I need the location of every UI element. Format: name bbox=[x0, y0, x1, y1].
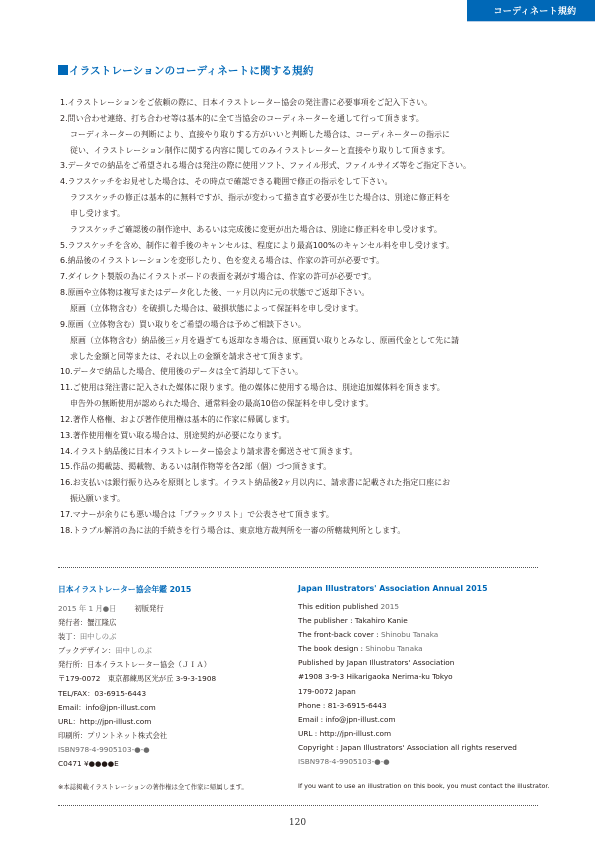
price-code-line: C0471 ¥●●●●E bbox=[58, 757, 278, 771]
colophon-jp-title: 日本イラストレーター協会年鑑 2015 bbox=[58, 584, 278, 595]
page-number: 120 bbox=[0, 818, 595, 828]
rule-continuation: 申し受けます。 bbox=[60, 206, 540, 222]
address-line1-en: #1908 3-9-3 Hikarigaoka Nerima-ku Tokyo bbox=[298, 670, 538, 684]
isbn-line: ISBN978-4-9905103-●-● bbox=[58, 743, 278, 757]
square-bullet-icon bbox=[58, 65, 68, 75]
rule-continuation: ラフスケッチご確認後の制作途中、あるいは完成後に変更が出た場合は、別途に修正料を… bbox=[60, 222, 540, 238]
rule-item: 9.原画（立体物含む）買い取りをご希望の場合は予めご相談下さい。 bbox=[60, 317, 540, 333]
rule-item: 14.イラスト納品後に日本イラストレーター協会より請求書を郵送させて頂きます。 bbox=[60, 444, 540, 460]
dotted-divider-top bbox=[58, 567, 538, 568]
url-line: URL：http://jpn-illust.com bbox=[58, 715, 278, 729]
header-tab-label: コーディネート規約 bbox=[494, 4, 577, 17]
rule-continuation: コーディネーターの判断により、直接やり取りする方がいいと判断した場合は、コーディ… bbox=[60, 127, 540, 143]
url-line-en: URL : http://jpn-illust.com bbox=[298, 727, 538, 741]
cover-line-en: The front-back cover : Shinobu Tanaka bbox=[298, 628, 538, 642]
address-line: 〒179-0072 東京都練馬区光が丘 3-9-3-1908 bbox=[58, 672, 278, 686]
rule-item: 16.お支払いは銀行振り込みを原則とします。イラスト納品後2ヶ月以内に、請求書に… bbox=[60, 475, 540, 491]
header-section-tab: コーディネート規約 bbox=[467, 0, 595, 21]
header-divider bbox=[467, 21, 595, 22]
published-by-line: Published by Japan Illustrators' Associa… bbox=[298, 656, 538, 670]
book-design-line: ブックデザイン：田中しのぶ bbox=[58, 644, 278, 658]
rule-item: 6.納品後のイラストレーションを変形したり、色を変える場合は、作家の許可が必要で… bbox=[60, 253, 540, 269]
rule-item: 5.ラフスケッチを含め、制作に着手後のキャンセルは、程度により最高100%のキャ… bbox=[60, 238, 540, 254]
colophon-en-note: If you want to use an illustration on th… bbox=[298, 782, 549, 790]
isbn-line-en: ISBN978-4-9905103-●-● bbox=[298, 755, 538, 769]
rule-item: 1.イラストレーションをご依頼の際に、日本イラストレーター協会の発注書に必要事項… bbox=[60, 95, 540, 111]
rule-continuation: 従い、イラストレーション制作に関する内容に関してのみイラストレーターと直接やり取… bbox=[60, 143, 540, 159]
rule-item: 15.作品の掲載誌、掲載物、あるいは制作物等を各2部（個）づつ頂きます。 bbox=[60, 459, 540, 475]
rule-item: 10.データで納品した場合、使用後のデータは全て消却して下さい。 bbox=[60, 364, 540, 380]
publisher-line-en: The publisher : Takahiro Kanie bbox=[298, 614, 538, 628]
rule-continuation: 求した金額と同等または、それ以上の金額を請求させて頂きます。 bbox=[60, 349, 540, 365]
section-title-text: イラストレーションのコーディネートに関する規約 bbox=[69, 65, 314, 77]
rule-item: 4.ラフスケッチをお見せした場合は、その時点で確認できる範囲で修正の指示をして下… bbox=[60, 174, 540, 190]
rule-continuation: 申告外の無断使用が認められた場合、通常料金の最高10倍の保証料を申し受けます。 bbox=[60, 396, 540, 412]
edition-line-en: This edition published 2015 bbox=[298, 600, 538, 614]
cover-line: 装丁：田中しのぶ bbox=[58, 630, 278, 644]
colophon-english: Japan Illustrators' Association Annual 2… bbox=[298, 584, 538, 769]
section-title: イラストレーションのコーディネートに関する規約 bbox=[58, 63, 314, 78]
book-design-line-en: The book design : Shinobu Tanaka bbox=[298, 642, 538, 656]
rule-item: 18.トラブル解消の為に法的手続きを行う場合は、東京地方裁判所を一審の所轄裁判所… bbox=[60, 523, 540, 539]
address-line2-en: 179-0072 Japan bbox=[298, 685, 538, 699]
printer-line: 印刷所：プリントネット株式会社 bbox=[58, 729, 278, 743]
phone-line-en: Phone : 81-3-6915-6443 bbox=[298, 699, 538, 713]
rule-item: 17.マナーが余りにも悪い場合は「ブラックリスト」で公表させて頂きます。 bbox=[60, 507, 540, 523]
colophon-jp-note: ※本誌掲載イラストレーションの著作権は全て作家に帰属します。 bbox=[58, 782, 248, 791]
publisher-line: 発行者：蟹江隆広 bbox=[58, 616, 278, 630]
dotted-divider-bottom bbox=[58, 805, 538, 806]
rule-item: 8.原画や立体物は複写またはデータ化した後、一ヶ月以内に元の状態でご返却下さい。 bbox=[60, 285, 540, 301]
email-line: Email：info@jpn-illust.com bbox=[58, 701, 278, 715]
colophon-en-title: Japan Illustrators' Association Annual 2… bbox=[298, 584, 538, 593]
rules-list: 1.イラストレーションをご依頼の際に、日本イラストレーター協会の発注書に必要事項… bbox=[60, 95, 540, 539]
tel-fax-line: TEL/FAX：03-6915-6443 bbox=[58, 687, 278, 701]
rule-continuation: 原画（立体物含む）を破損した場合は、破損状態によって保証料を申し受けます。 bbox=[60, 301, 540, 317]
colophon-japanese: 日本イラストレーター協会年鑑 2015 2015 年 1 月●日初版発行 発行者… bbox=[58, 584, 278, 771]
rule-item: 3.データでの納品をご希望される場合は発注の際に使用ソフト、ファイル形式、ファイ… bbox=[60, 158, 540, 174]
rule-item: 2.問い合わせ連絡、打ち合わせ等は基本的に全て当協会のコーディネーターを通して行… bbox=[60, 111, 540, 127]
rule-item: 7.ダイレクト製版の為にイラストボードの表面を剥がす場合は、作家の許可が必要です… bbox=[60, 269, 540, 285]
publishing-house-line: 発行所：日本イラストレーター協会（ＪＩＡ） bbox=[58, 658, 278, 672]
rule-continuation: 振込願います。 bbox=[60, 491, 540, 507]
rule-item: 13.著作使用権を買い取る場合は、別途契約が必要になります。 bbox=[60, 428, 540, 444]
rule-continuation: ラフスケッチの修正は基本的に無料ですが、指示が変わって描き直す必要が生じた場合は… bbox=[60, 190, 540, 206]
email-line-en: Email : info@jpn-illust.com bbox=[298, 713, 538, 727]
copyright-line: Copyright : Japan Illustrators' Associat… bbox=[298, 741, 538, 755]
rule-item: 12.著作人格権、および著作使用権は基本的に作家に帰属します。 bbox=[60, 412, 540, 428]
edition-line: 2015 年 1 月●日初版発行 bbox=[58, 602, 278, 616]
rule-continuation: 原画（立体物含む）納品後三ヶ月を過ぎても返却なき場合は、原画買い取りとみなし、原… bbox=[60, 333, 540, 349]
rule-item: 11.ご使用は発注書に記入された媒体に限ります。他の媒体に使用する場合は、別途追… bbox=[60, 380, 540, 396]
